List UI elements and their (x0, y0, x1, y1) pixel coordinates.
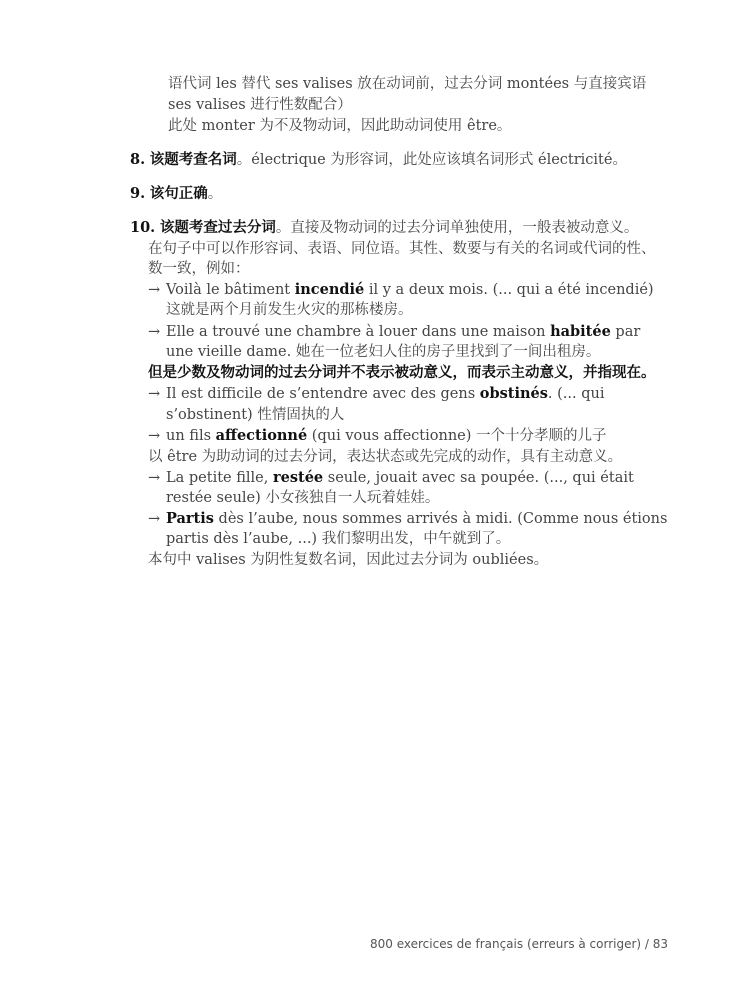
document-page: 语代词 les 替代 ses valises 放在动词前，过去分词 montée… (0, 0, 750, 1000)
example-5-post: seule, jouait avec sa poupée. (..., qui … (323, 470, 634, 486)
example-1-post: il y a deux mois. (... qui a été incendi… (364, 282, 653, 298)
item-8-number: 8. (130, 151, 145, 168)
item-10-heading-line: 10. 该题考查过去分词。直接及物动词的过去分词单独使用，一般表被动意义。 (130, 218, 638, 238)
example-3-cont: s’obstinent) 性情固执的人 (166, 405, 344, 425)
item-8-text: 。électrique 为形容词，此处应该填名词形式 électricité。 (237, 152, 627, 168)
example-6-bold: Partis (166, 510, 214, 527)
example-4-bold: affectionné (216, 427, 308, 444)
example-5: →La petite fille, restée seule, jouait a… (148, 468, 634, 488)
example-3-post: . (... qui (548, 386, 605, 402)
item-10-heading: 该题考查过去分词 (160, 219, 276, 236)
item-9-text: 。 (208, 186, 223, 202)
example-4-pre: un fils (166, 428, 216, 444)
book-title: 800 exercices de français (erreurs à cor… (370, 937, 641, 951)
example-6-cont: partis dès l’aube, ...) 我们黎明出发，中午就到了。 (166, 529, 510, 549)
item-9: 9. 该句正确。 (130, 184, 222, 204)
example-2-post: par (611, 324, 640, 340)
example-3-pre: Il est difficile de s’entendre avec des … (166, 386, 480, 402)
page-footer: 800 exercices de français (erreurs à cor… (370, 937, 668, 951)
item-10-text-3: 数一致，例如： (148, 259, 250, 279)
example-5-pre: La petite fille, (166, 470, 273, 486)
example-2-pre: Elle a trouvé une chambre à louer dans u… (166, 324, 550, 340)
arrow-icon: → (148, 322, 166, 342)
page-number: 83 (653, 937, 668, 951)
example-5-cont: restée seule) 小女孩独自一人玩着娃娃。 (166, 488, 439, 508)
item-9-number: 9. (130, 185, 145, 202)
example-1-bold: incendié (295, 281, 365, 298)
intro-line-1: 语代词 les 替代 ses valises 放在动词前，过去分词 montée… (168, 74, 646, 94)
example-1-translation: 这就是两个月前发生火灾的那栋楼房。 (166, 300, 413, 320)
example-2: →Elle a trouvé une chambre à louer dans … (148, 322, 640, 342)
example-2-cont: une vieille dame. 她在一位老妇人住的房子里找到了一间出租房。 (166, 342, 600, 362)
example-2-bold: habitée (550, 323, 611, 340)
item-10-number: 10. (130, 219, 155, 236)
item-9-heading: 该句正确 (150, 185, 208, 202)
item-8: 8. 该题考查名词。électrique 为形容词，此处应该填名词形式 élec… (130, 150, 627, 170)
arrow-icon: → (148, 426, 166, 446)
intro-line-3: 此处 monter 为不及物动词，因此助动词使用 être。 (168, 116, 511, 136)
example-6: →Partis dès l’aube, nous sommes arrivés … (148, 509, 667, 529)
example-4: →un fils affectionné (qui vous affection… (148, 426, 607, 446)
item-10-text-1: 。直接及物动词的过去分词单独使用，一般表被动意义。 (276, 220, 639, 236)
item-10-text-2: 在句子中可以作形容词、表语、同位语。其性、数要与有关的名词或代词的性、 (148, 239, 656, 259)
example-1-pre: Voilà le bâtiment (166, 282, 295, 298)
arrow-icon: → (148, 509, 166, 529)
example-3-bold: obstinés (480, 385, 548, 402)
example-1: →Voilà le bâtiment incendié il y a deux … (148, 280, 654, 300)
item-8-heading: 该题考查名词 (150, 151, 237, 168)
arrow-icon: → (148, 280, 166, 300)
conclusion: 本句中 valises 为阴性复数名词，因此过去分词为 oubliées。 (148, 550, 548, 570)
bold-rule: 但是少数及物动词的过去分词并不表示被动意义，而表示主动意义，并指现在。 (148, 363, 656, 383)
example-4-post: (qui vous affectionne) 一个十分孝顺的儿子 (307, 428, 606, 444)
example-3: →Il est difficile de s’entendre avec des… (148, 384, 605, 404)
example-6-post: dès l’aube, nous sommes arrivés à midi. … (214, 511, 668, 527)
intro-line-2: ses valises 进行性数配合） (168, 95, 352, 115)
example-5-bold: restée (273, 469, 323, 486)
arrow-icon: → (148, 468, 166, 488)
footer-separator: / (641, 937, 653, 951)
arrow-icon: → (148, 384, 166, 404)
etre-rule: 以 être 为助动词的过去分词，表达状态或先完成的动作，具有主动意义。 (148, 447, 622, 467)
